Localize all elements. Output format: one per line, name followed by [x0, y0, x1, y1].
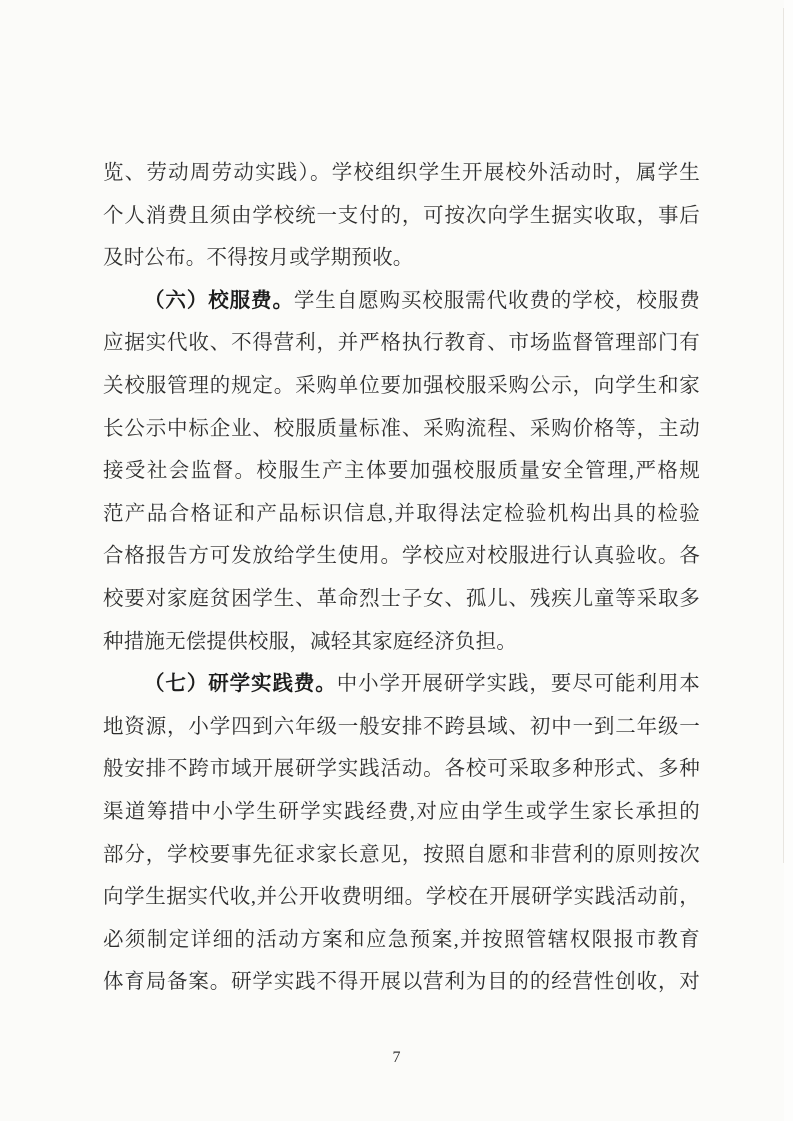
document-body: 览、劳动周劳动实践）。学校组织学生开展校外活动时，属学生 个人消费且须由学校统一…	[103, 152, 700, 1004]
text-line: 种措施无偿提供校服，减轻其家庭经济负担。	[103, 621, 700, 664]
text-line: 应据实代收、不得营利，并严格执行教育、市场监督管理部门有	[103, 322, 700, 365]
text-line: 范产品合格证和产品标识信息,并取得法定检验机构出具的检验	[103, 493, 700, 536]
section-heading: （七）研学实践费。	[144, 673, 337, 695]
section-heading-rest: 学生自愿购买校服需代收费的学校，校服费	[294, 290, 700, 312]
text-line: 部分，学校要事先征求家长意见，按照自愿和非营利的原则按次	[103, 834, 700, 877]
text-line: 必须制定详细的活动方案和应急预案,并按照管辖权限报市教育	[103, 919, 700, 962]
text-line: 向学生据实代收,并公开收费明细。学校在开展研学实践活动前，	[103, 876, 700, 919]
text-line: （六）校服费。学生自愿购买校服需代收费的学校，校服费	[103, 280, 700, 323]
text-line: 个人消费且须由学校统一支付的，可按次向学生据实收取，事后	[103, 195, 700, 238]
page-number: 7	[0, 1046, 793, 1070]
text-line: 地资源，小学四到六年级一般安排不跨县域、初中一到二年级一	[103, 706, 700, 749]
paragraph-continuation: 览、劳动周劳动实践）。学校组织学生开展校外活动时，属学生 个人消费且须由学校统一…	[103, 152, 700, 280]
paragraph-section-7: （七）研学实践费。中小学开展研学实践，要尽可能利用本 地资源，小学四到六年级一般…	[103, 663, 700, 1004]
text-line: 接受社会监督。校服生产主体要加强校服质量安全管理,严格规	[103, 450, 700, 493]
text-line: 览、劳动周劳动实践）。学校组织学生开展校外活动时，属学生	[103, 152, 700, 195]
text-line: 合格报告方可发放给学生使用。学校应对校服进行认真验收。各	[103, 535, 700, 578]
section-heading: （六）校服费。	[144, 290, 294, 312]
section-heading-rest: 中小学开展研学实践，要尽可能利用本	[337, 673, 700, 695]
text-line: 渠道筹措中小学生研学实践经费,对应由学生或学生家长承担的	[103, 791, 700, 834]
text-line: 及时公布。不得按月或学期预收。	[103, 237, 700, 280]
text-line: 长公示中标企业、校服质量标准、采购流程、采购价格等，主动	[103, 408, 700, 451]
text-line: 校要对家庭贫困学生、革命烈士子女、孤儿、残疾儿童等采取多	[103, 578, 700, 621]
document-page: 览、劳动周劳动实践）。学校组织学生开展校外活动时，属学生 个人消费且须由学校统一…	[0, 0, 793, 1121]
paragraph-section-6: （六）校服费。学生自愿购买校服需代收费的学校，校服费 应据实代收、不得营利，并严…	[103, 280, 700, 663]
text-line: 体育局备案。研学实践不得开展以营利为目的的经营性创收，对	[103, 961, 700, 1004]
scan-edge-artifact	[783, 8, 784, 863]
scan-edge-strip	[784, 0, 793, 1121]
text-line: （七）研学实践费。中小学开展研学实践，要尽可能利用本	[103, 663, 700, 706]
text-line: 关校服管理的规定。采购单位要加强校服采购公示，向学生和家	[103, 365, 700, 408]
text-line: 般安排不跨市域开展研学实践活动。各校可采取多种形式、多种	[103, 748, 700, 791]
